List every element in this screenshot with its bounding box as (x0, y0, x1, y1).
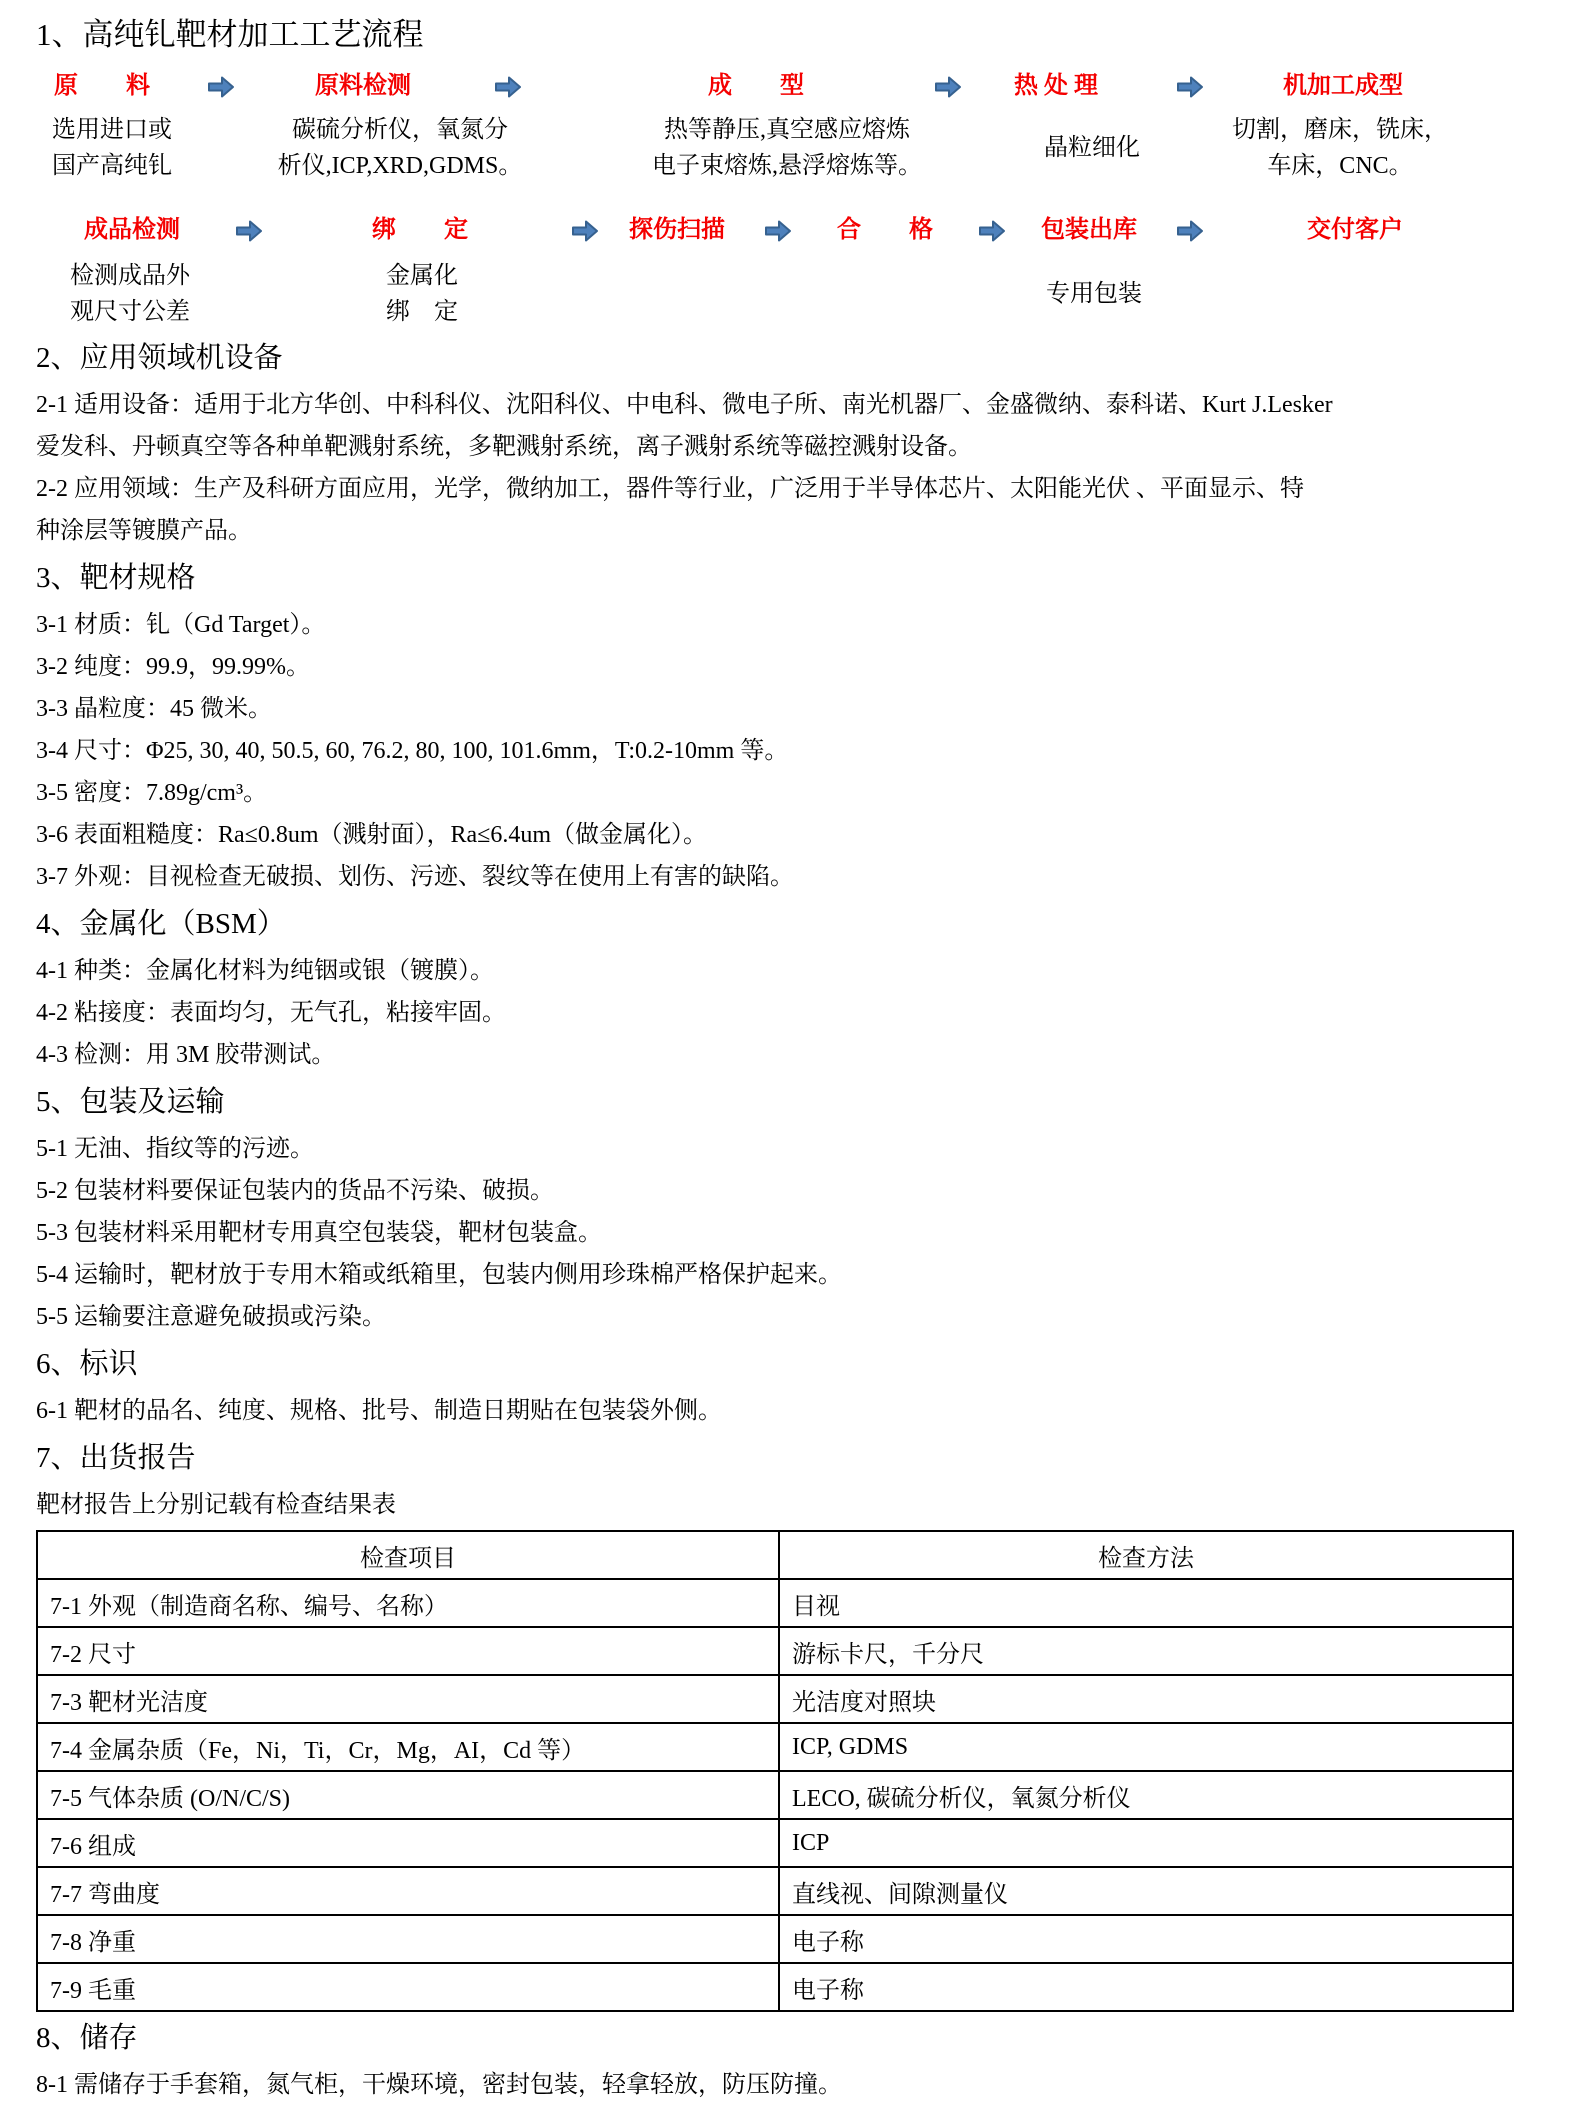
cell-item: 7-1 外观（制造商名称、编号、名称） (37, 1579, 779, 1627)
arrow-right-icon (495, 75, 522, 99)
document-page: 1、高纯钆靶材加工工艺流程 原 料 原料检测 成 型 热 处 理 机加工成型 选… (0, 0, 1587, 2106)
item-5-5: 5-5 运输要注意避免破损或污染。 (36, 1296, 1551, 1338)
item-5-3: 5-3 包装材料采用靶材专用真空包装袋，靶材包装盒。 (36, 1212, 1551, 1254)
cell-item: 7-8 净重 (37, 1915, 779, 1963)
item-3-1: 3-1 材质：钆（Gd Target）。 (36, 604, 1551, 646)
table-row: 7-4 金属杂质（Fe，Ni，Ti，Cr，Mg，AI，Cd 等） ICP, GD… (37, 1723, 1513, 1771)
cell-item: 7-3 靶材光洁度 (37, 1675, 779, 1723)
cell-item: 7-4 金属杂质（Fe，Ni，Ti，Cr，Mg，AI，Cd 等） (37, 1723, 779, 1771)
arrow-right-icon (208, 75, 235, 99)
item-6-1: 6-1 靶材的品名、纯度、规格、批号、制造日期贴在包装袋外侧。 (36, 1390, 1551, 1432)
item-3-3: 3-3 晶粒度：45 微米。 (36, 688, 1551, 730)
item-3-5: 3-5 密度：7.89g/cm³。 (36, 772, 1551, 814)
item-3-2: 3-2 纯度：99.9，99.99%。 (36, 646, 1551, 688)
flow-stage-final-inspection: 成品检测 (84, 216, 180, 244)
table-row: 7-3 靶材光洁度 光洁度对照块 (37, 1675, 1513, 1723)
flow-desc-forming: 热等静压,真空感应熔炼 电子束熔炼,悬浮熔炼等。 (652, 112, 922, 184)
flow-stage-qualified: 合 格 (837, 216, 933, 244)
item-3-4: 3-4 尺寸：Φ25, 30, 40, 50.5, 60, 76.2, 80, … (36, 730, 1551, 772)
flow-stage-heat-treatment: 热 处 理 (1014, 72, 1098, 100)
arrow-right-icon (236, 219, 263, 243)
cell-method: 目视 (779, 1579, 1513, 1627)
flow-desc-final-inspection: 检测成品外 观尺寸公差 (70, 258, 190, 330)
item-2-1: 2-1 适用设备：适用于北方华创、中科科仪、沈阳科仪、中电科、微电子所、南光机器… (36, 384, 1551, 468)
section-4-heading: 4、金属化（BSM） (36, 902, 1551, 946)
cell-item: 7-7 弯曲度 (37, 1867, 779, 1915)
section-6-heading: 6、标识 (36, 1342, 1551, 1386)
section-3-heading: 3、靶材规格 (36, 556, 1551, 600)
cell-method: ICP (779, 1819, 1513, 1867)
cell-method: LECO, 碳硫分析仪，氧氮分析仪 (779, 1771, 1513, 1819)
flow-stage-delivery: 交付客户 (1307, 216, 1403, 244)
item-8-1: 8-1 需储存于手套箱，氮气柜，干燥环境，密封包装，轻拿轻放，防压防撞。 (36, 2064, 1551, 2106)
item-5-2: 5-2 包装材料要保证包装内的货品不污染、破损。 (36, 1170, 1551, 1212)
item-3-6: 3-6 表面粗糙度：Ra≤0.8um（溅射面），Ra≤6.4um（做金属化）。 (36, 814, 1551, 856)
table-row: 7-6 组成 ICP (37, 1819, 1513, 1867)
item-4-1: 4-1 种类：金属化材料为纯铟或银（镀膜）。 (36, 950, 1551, 992)
item-5-1: 5-1 无油、指纹等的污迹。 (36, 1128, 1551, 1170)
table-row: 7-9 毛重 电子称 (37, 1963, 1513, 2011)
table-row: 7-2 尺寸 游标卡尺，千分尺 (37, 1627, 1513, 1675)
column-header-method: 检查方法 (779, 1531, 1513, 1579)
arrow-right-icon (979, 219, 1006, 243)
table-row: 7-7 弯曲度 直线视、间隙测量仪 (37, 1867, 1513, 1915)
column-header-item: 检查项目 (37, 1531, 779, 1579)
item-2-2: 2-2 应用领域：生产及科研方面应用，光学，微纳加工，器件等行业，广泛用于半导体… (36, 468, 1551, 552)
cell-item: 7-2 尺寸 (37, 1627, 779, 1675)
section-1-heading: 1、高纯钆靶材加工工艺流程 (36, 14, 1551, 56)
inspection-report-table: 检查项目 检查方法 7-1 外观（制造商名称、编号、名称） 目视 7-2 尺寸 … (36, 1530, 1514, 2012)
flow-stage-packing-out: 包装出库 (1041, 216, 1137, 244)
section-2-heading: 2、应用领域机设备 (36, 336, 1551, 380)
flow-desc-packing-out: 专用包装 (1046, 276, 1142, 312)
cell-method: 直线视、间隙测量仪 (779, 1867, 1513, 1915)
flow-stage-flaw-scan: 探伤扫描 (629, 216, 725, 244)
flow-stage-forming: 成 型 (708, 72, 804, 100)
section-7-heading: 7、出货报告 (36, 1436, 1551, 1480)
item-5-4: 5-4 运输时，靶材放于专用木箱或纸箱里，包装内侧用珍珠棉严格保护起来。 (36, 1254, 1551, 1296)
section-5-heading: 5、包装及运输 (36, 1080, 1551, 1124)
cell-item: 7-9 毛重 (37, 1963, 779, 2011)
cell-method: 电子称 (779, 1963, 1513, 2011)
table-row: 7-1 外观（制造商名称、编号、名称） 目视 (37, 1579, 1513, 1627)
cell-method: 游标卡尺，千分尺 (779, 1627, 1513, 1675)
item-3-7: 3-7 外观：目视检查无破损、划伤、污迹、裂纹等在使用上有害的缺陷。 (36, 856, 1551, 898)
flow-stage-raw-material: 原 料 (54, 72, 150, 100)
cell-method: 电子称 (779, 1915, 1513, 1963)
arrow-right-icon (935, 75, 962, 99)
flow-desc-raw-inspection: 碳硫分析仪，氧氮分 析仪,ICP,XRD,GDMS。 (278, 112, 523, 184)
flow-stage-machining: 机加工成型 (1283, 72, 1403, 100)
section-8-heading: 8、储存 (36, 2016, 1551, 2060)
cell-item: 7-6 组成 (37, 1819, 779, 1867)
arrow-right-icon (1177, 219, 1204, 243)
flow-stage-bonding: 绑 定 (372, 216, 468, 244)
arrow-right-icon (765, 219, 792, 243)
process-flow-diagram: 原 料 原料检测 成 型 热 处 理 机加工成型 选用进口或 国产高纯钆 碳硫分… (0, 64, 1587, 332)
cell-item: 7-5 气体杂质 (O/N/C/S) (37, 1771, 779, 1819)
flow-desc-heat-treatment: 晶粒细化 (1044, 130, 1140, 166)
table-row: 7-8 净重 电子称 (37, 1915, 1513, 1963)
cell-method: ICP, GDMS (779, 1723, 1513, 1771)
flow-desc-raw-material: 选用进口或 国产高纯钆 (52, 112, 172, 184)
flow-desc-bonding: 金属化 绑 定 (386, 258, 458, 330)
item-4-2: 4-2 粘接度：表面均匀，无气孔，粘接牢固。 (36, 992, 1551, 1034)
table-row: 7-5 气体杂质 (O/N/C/S) LECO, 碳硫分析仪，氧氮分析仪 (37, 1771, 1513, 1819)
table-header-row: 检查项目 检查方法 (37, 1531, 1513, 1579)
cell-method: 光洁度对照块 (779, 1675, 1513, 1723)
item-4-3: 4-3 检测：用 3M 胶带测试。 (36, 1034, 1551, 1076)
arrow-right-icon (1177, 75, 1204, 99)
flow-stage-raw-inspection: 原料检测 (315, 72, 411, 100)
flow-desc-machining: 切割，磨床，铣床， 车床，CNC。 (1232, 112, 1448, 184)
arrow-right-icon (572, 219, 599, 243)
report-table-intro: 靶材报告上分别记载有检查结果表 (36, 1484, 1551, 1526)
